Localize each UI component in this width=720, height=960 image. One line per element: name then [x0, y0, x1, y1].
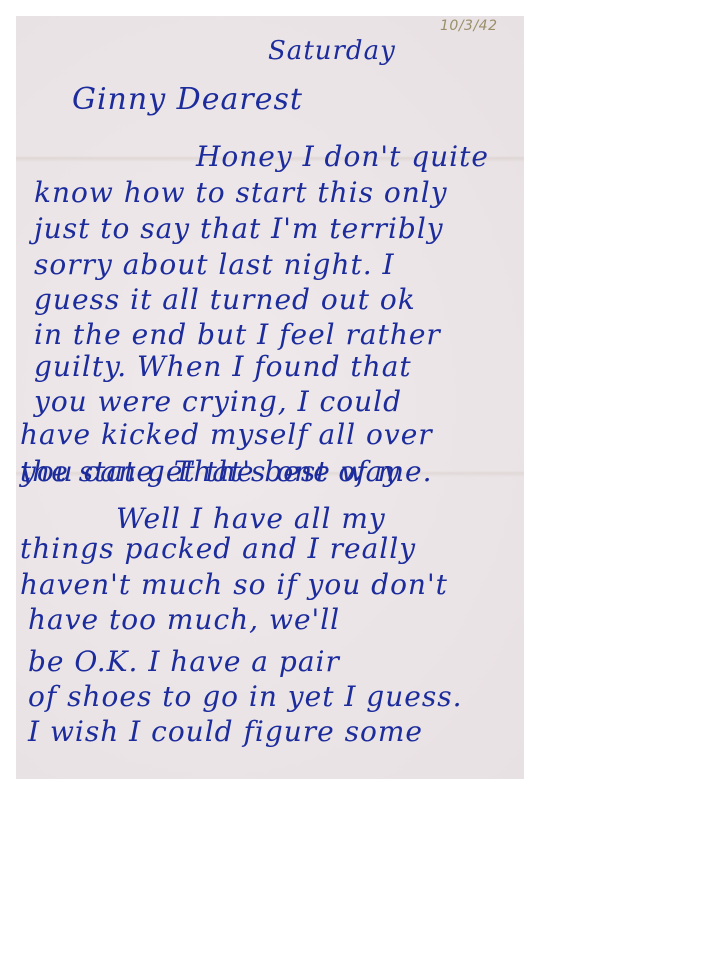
letter-line: be O.K. I have a pair [28, 645, 340, 678]
letter-line: know how to start this only [34, 176, 448, 209]
archive-date-note: 10/3/42 [440, 18, 497, 34]
letter-line: things packed and I really [20, 532, 416, 565]
letter-line: you were crying, I could [34, 385, 402, 418]
letter-day-heading: Saturday [268, 36, 396, 66]
letter-salutation: Ginny Dearest [72, 82, 303, 117]
letter-line: guilty. When I found that [34, 350, 412, 383]
letter-line: just to say that I'm terribly [34, 212, 444, 245]
letter-line: have too much, we'll [28, 603, 340, 636]
letter-line: of shoes to go in yet I guess. [28, 680, 462, 713]
letter-line: haven't much so if you don't [20, 568, 448, 601]
letter-line: Honey I don't quite [196, 140, 489, 173]
letter-line: sorry about last night. I [34, 248, 395, 281]
letter-line: guess it all turned out ok [34, 283, 416, 316]
letter-line: have kicked myself all over [20, 418, 433, 451]
letter-line: Well I have all my [116, 502, 386, 535]
letter-line: you can get the best of me. [20, 455, 432, 488]
letter-line: I wish I could figure some [28, 715, 423, 748]
letter-line: in the end but I feel rather [34, 318, 441, 351]
